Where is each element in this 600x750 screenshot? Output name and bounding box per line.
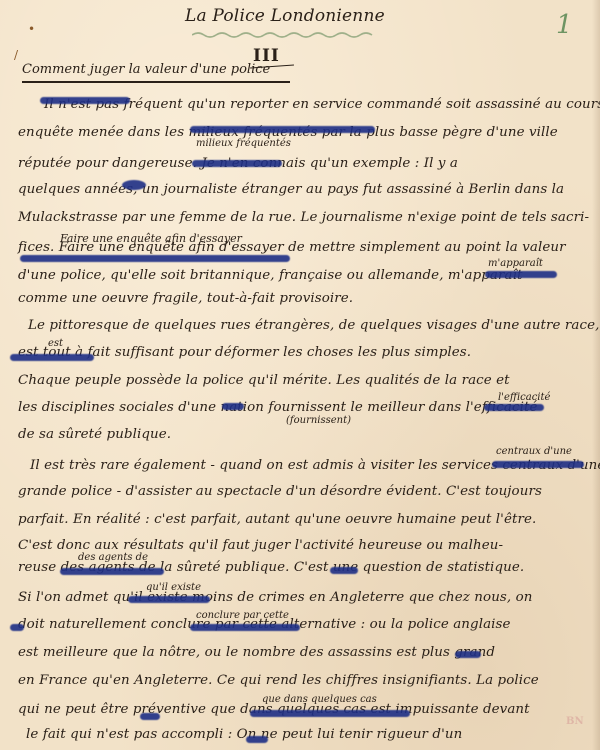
interlinear-insertion: l'efficacité <box>498 392 550 403</box>
strikethrough-mark <box>192 160 282 167</box>
manuscript-line: Mulackstrasse par une femme de la rue. L… <box>18 210 589 225</box>
interlinear-insertion: Faire une enquête afin d'essayer <box>60 232 242 245</box>
margin-tick: / <box>14 48 18 62</box>
manuscript-line: quelques années, un journaliste étranger… <box>18 182 564 197</box>
strikethrough-mark <box>190 126 375 133</box>
strikethrough-mark <box>455 651 481 658</box>
strikethrough-mark <box>330 567 358 574</box>
strikethrough-mark <box>10 354 94 361</box>
manuscript-line: grande police - d'assister au spectacle … <box>18 484 542 499</box>
strikethrough-mark <box>140 713 160 720</box>
interlinear-insertion: (fournissent) <box>286 415 351 426</box>
manuscript-line: en France qu'en Angleterre. Ce qui rend … <box>18 673 539 688</box>
strikethrough-mark <box>222 403 244 410</box>
strikethrough-mark <box>20 255 290 262</box>
ink-blot <box>122 180 146 190</box>
interlinear-insertion: que dans quelques cas <box>262 694 377 705</box>
library-stamp: BN <box>566 716 584 727</box>
manuscript-line: les disciplines sociales d'une nation fo… <box>18 400 537 415</box>
subtitle-underline <box>22 81 290 83</box>
interlinear-insertion: est <box>48 338 63 349</box>
interlinear-insertion: des agents de <box>78 552 148 563</box>
strikethrough-mark <box>190 624 300 631</box>
manuscript-line: Chaque peuple possède la police qu'il mé… <box>18 373 510 388</box>
strikethrough-mark <box>10 624 24 631</box>
manuscript-line: d'une police, qu'elle soit britannique, … <box>18 268 522 283</box>
strikethrough-mark <box>485 271 557 278</box>
strikethrough-mark <box>492 461 584 468</box>
manuscript-line: Si l'on admet qu'il existe moins de crim… <box>18 590 533 605</box>
section-subtitle: Comment juger la valeur d'une police <box>22 62 270 77</box>
manuscript-line: comme une oeuvre fragile, tout-à-fait pr… <box>18 291 353 306</box>
interlinear-insertion: m'apparaît <box>488 258 543 269</box>
strikethrough-mark <box>250 710 410 717</box>
strikethrough-mark <box>484 404 544 411</box>
page-edge-shadow <box>592 0 600 750</box>
strikethrough-mark <box>246 736 268 743</box>
manuscript-page: • / La Police Londonienne 1 III Comment … <box>0 0 600 750</box>
manuscript-line: Le pittoresque de quelques rues étrangèr… <box>28 318 599 333</box>
strikethrough-mark <box>60 568 164 575</box>
strikethrough-mark <box>40 97 130 104</box>
manuscript-line: C'est donc aux résultats qu'il faut juge… <box>18 538 503 553</box>
title-wavy-underline <box>192 31 378 39</box>
strikethrough-mark <box>128 596 210 603</box>
interlinear-insertion: centraux d'une <box>496 446 572 457</box>
interlinear-insertion: milieux fréquentés <box>196 138 291 149</box>
manuscript-line: est meilleure que la nôtre, ou le nombre… <box>18 645 495 660</box>
page-title: La Police Londonienne <box>185 6 385 26</box>
page-number: 1 <box>556 10 573 40</box>
interlinear-insertion: conclure par cette <box>196 610 289 621</box>
manuscript-line: le fait qui n'est pas accompli : On ne p… <box>26 727 462 742</box>
manuscript-line: parfait. En réalité : c'est parfait, aut… <box>18 512 536 527</box>
interlinear-insertion: qu'il existe <box>146 582 201 593</box>
manuscript-line: de sa sûreté publique. <box>18 427 171 442</box>
ink-spot: • <box>28 22 35 36</box>
